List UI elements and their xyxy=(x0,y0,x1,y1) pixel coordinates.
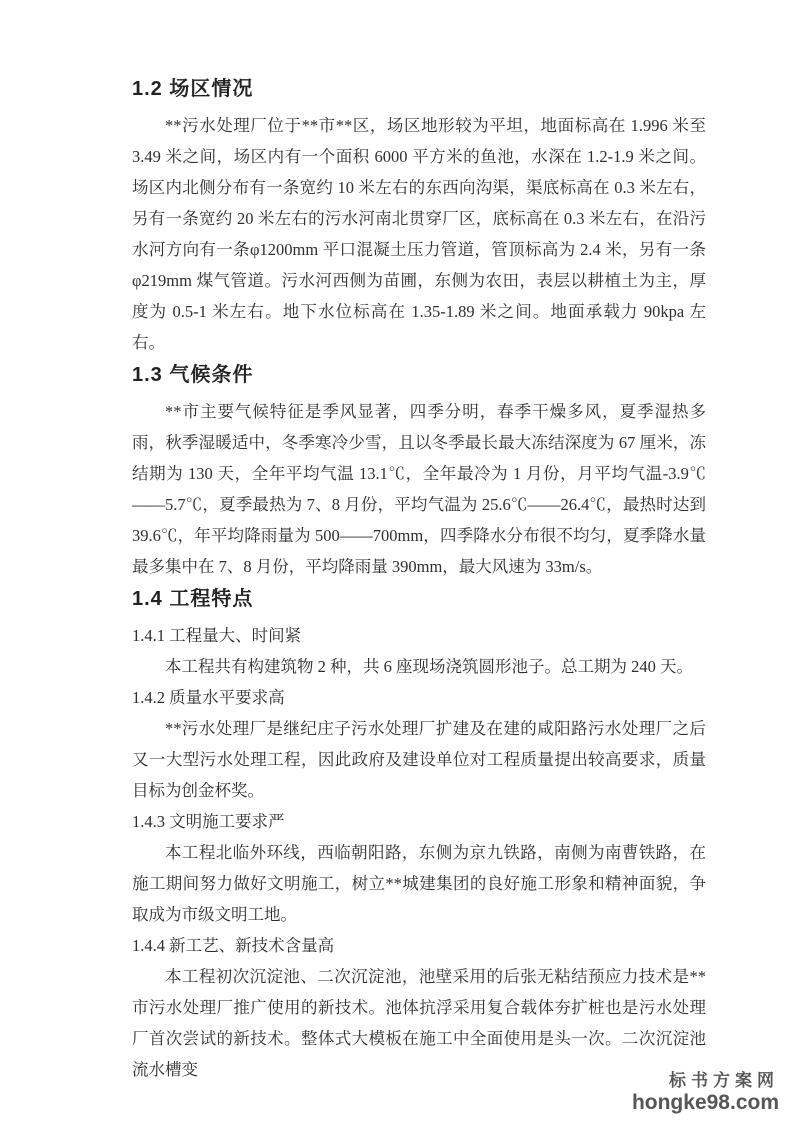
subheading-civilized-construction: 1.4.3 文明施工要求严 xyxy=(132,806,706,837)
section-heading-site-conditions: 1.2 场区情况 xyxy=(132,72,706,110)
paragraph-quality: **污水处理厂是继纪庄子污水处理厂扩建及在建的咸阳路污水处理厂之后又一大型污水处… xyxy=(132,713,706,806)
paragraph-site-conditions: **污水处理厂位于**市**区，场区地形较为平坦，地面标高在 1.996 米至 … xyxy=(132,110,706,358)
paragraph-civilized-construction: 本工程北临外环线，西临朝阳路，东侧为京九铁路，南侧为南曹铁路，在施工期间努力做好… xyxy=(132,837,706,930)
document-page: 1.2 场区情况 **污水处理厂位于**市**区，场区地形较为平坦，地面标高在 … xyxy=(0,0,793,1122)
subheading-large-scale-tight-schedule: 1.4.1 工程量大、时间紧 xyxy=(132,620,706,651)
paragraph-new-technology: 本工程初次沉淀池、二次沉淀池，池壁采用的后张无粘结预应力技术是**市污水处理厂推… xyxy=(132,961,706,1085)
watermark-site-name: 标书方案网 xyxy=(632,1071,779,1091)
watermark-logo: 标书方案网 hongke98.com xyxy=(632,1071,779,1114)
paragraph-scale: 本工程共有构建筑物 2 种，共 6 座现场浇筑圆形池子。总工期为 240 天。 xyxy=(132,651,706,682)
paragraph-climate: **市主要气候特征是季风显著，四季分明，春季干燥多风，夏季湿热多雨，秋季湿暖适中… xyxy=(132,396,706,582)
section-heading-climate: 1.3 气候条件 xyxy=(132,358,706,396)
subheading-high-quality-requirement: 1.4.2 质量水平要求高 xyxy=(132,682,706,713)
section-heading-project-features: 1.4 工程特点 xyxy=(132,582,706,620)
document-content: 1.2 场区情况 **污水处理厂位于**市**区，场区地形较为平坦，地面标高在 … xyxy=(132,72,706,1085)
subheading-new-technology: 1.4.4 新工艺、新技术含量高 xyxy=(132,930,706,961)
watermark-site-url: hongke98.com xyxy=(632,1091,779,1114)
